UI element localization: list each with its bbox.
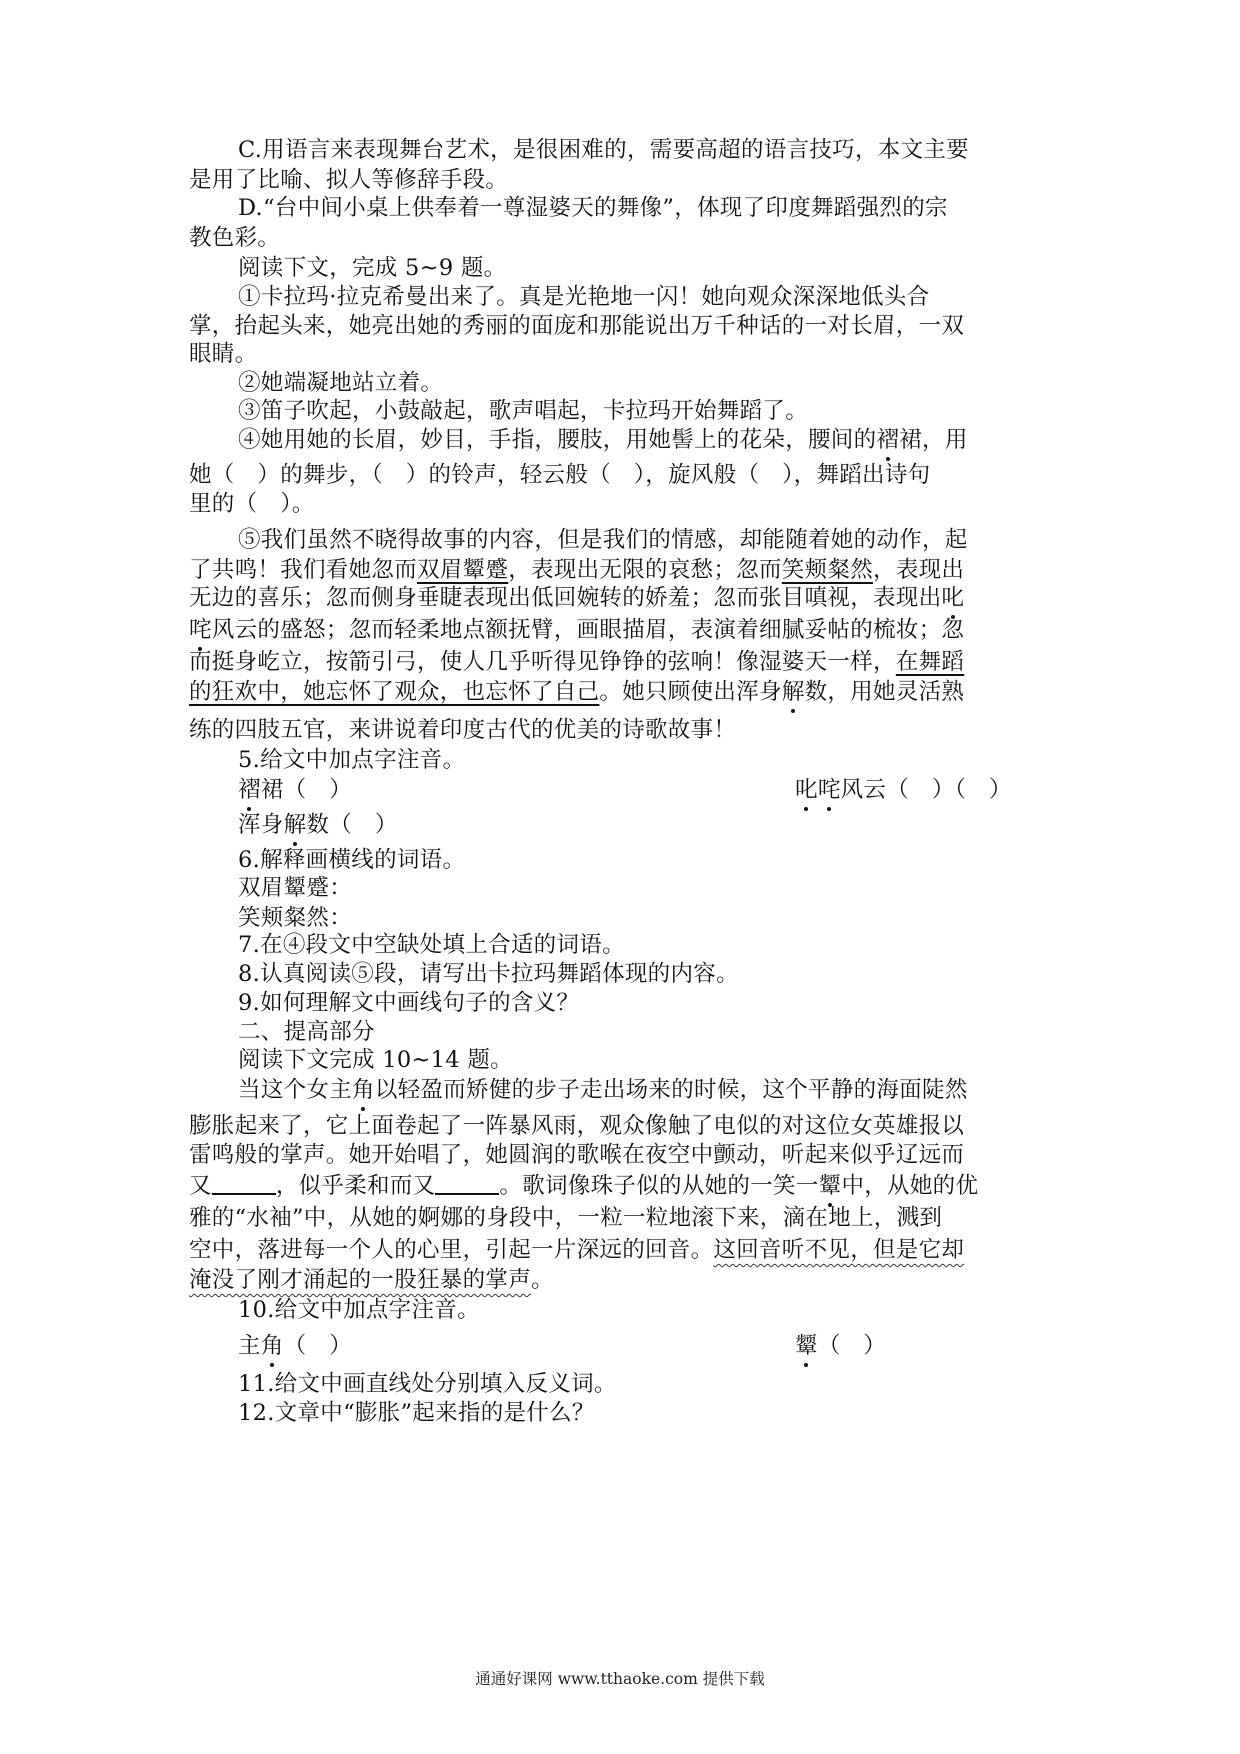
text: 风云（ ）（ ） (841, 777, 1012, 803)
question-6-item-2: 笑颊粲然： (238, 903, 352, 933)
text: ，似乎柔和而又 (276, 1173, 436, 1199)
paragraph-4-line1: ④她用她的长眉，妙目，手指，腰肢，用她髻上的花朵，腰间的褶裙，用 (238, 425, 968, 455)
paragraph-1-line2: 掌，抬起头来，她亮出她的秀丽的面庞和那能说出万千种话的一对长眉，一双 (189, 311, 964, 341)
paragraph-5-line1: ⑤我们虽然不晓得故事的内容，但是我们的情感，却能随着她的动作，起 (238, 525, 968, 555)
text: 了共鸣！我们看她忽而 (189, 557, 417, 583)
paragraph-5-line4: 咤风云的盛怒；忽而轻柔地点额抚臂，画眼描眉，表演着细腻妥帖的梳妆；忽 (189, 615, 964, 645)
paragraph-5-line5: 而挺身屹立，按箭引弓，使人几乎听得见铮铮的弦响！像湿婆天一样，在舞蹈 (189, 647, 964, 677)
wavy-underlined-sentence-start: 这回音听不见，但是它却 (713, 1237, 964, 1263)
text: 当这个女主 (238, 1077, 352, 1103)
dotted-character: 角 (261, 1333, 284, 1359)
passage-2-line6: 空中，落进每一个人的心里，引起一片深远的回音。这回音听不见，但是它却 (189, 1235, 964, 1265)
question-6: 6.解释画横线的词语。 (238, 845, 465, 875)
text: 数（ ） (306, 812, 397, 838)
fill-blank-1[interactable] (212, 1173, 276, 1195)
text: ④她用她的长眉，妙目，手指，腰肢，用她髻上的花朵，腰间的 (238, 427, 876, 453)
text: 裙，用 (899, 427, 967, 453)
text: 以轻盈而矫健的步子走出场来的时候，这个平静的海面陡然 (375, 1077, 968, 1103)
fill-blank-2[interactable] (435, 1173, 499, 1195)
dotted-character: 咤 (818, 777, 841, 803)
passage-2-line4: 又，似乎柔和而又。歌词像珠子似的从她的一笑一颦中，从她的优 (189, 1171, 978, 1201)
question-10: 10.给文中加点字注音。 (238, 1295, 480, 1325)
text: 。歌词像珠子似的从她的一笑一 (499, 1173, 818, 1199)
text: ，表现出 (873, 557, 964, 583)
document-page: C.用语言来表现舞台艺术，是很困难的，需要高超的语言技巧，本文主要 是用了比喻、… (0, 0, 1240, 1754)
wavy-underlined-sentence-end: 淹没了刚才涌起的一股狂暴的掌声 (189, 1267, 531, 1293)
question-5-item-2: 叱咤风云（ ）（ ） (795, 775, 1012, 805)
text: （ ） (284, 1333, 352, 1359)
dotted-character: 颦 (795, 1333, 818, 1359)
text: 空中，落进每一个人的心里，引起一片深远的回音。 (189, 1237, 713, 1263)
dotted-character: 褶 (238, 777, 261, 803)
text: 浑身 (238, 812, 284, 838)
dotted-character: 叱 (941, 585, 964, 611)
paragraph-3: ③笛子吹起，小鼓敲起，歌声唱起，卡拉玛开始舞蹈了。 (238, 396, 808, 426)
question-10-item-1: 主角（ ） (238, 1331, 352, 1361)
text: 风云的盛怒；忽而轻柔地点额抚臂，画眼描眉，表演着细腻妥帖的梳妆；忽 (212, 617, 964, 643)
text: 而挺身屹立，按箭引弓，使人几乎听得见铮铮的弦响！像湿婆天一样， (189, 649, 896, 675)
text: 又 (189, 1173, 212, 1199)
question-10-item-2: 颦（ ） (795, 1331, 886, 1361)
question-8: 8.认真阅读⑤段，请写出卡拉玛舞蹈体现的内容。 (238, 959, 739, 989)
question-12: 12.文章中“膨胀”起来指的是什么？ (238, 1398, 595, 1428)
reading-instruction-10-14: 阅读下文完成 10~14 题。 (238, 1045, 513, 1075)
option-d-line1: D.“台中间小桌上供奉着一尊湿婆天的舞像”，体现了印度舞蹈强烈的宗 (238, 193, 948, 223)
text: 中，从她的优 (841, 1173, 978, 1199)
dotted-character: 咤 (189, 617, 212, 643)
footer-credit: 通通好课网 www.tthaoke.com 提供下载 (0, 1667, 1240, 1689)
text: 数，用她灵活熟 (805, 679, 965, 705)
question-11: 11.给文中画直线处分别填入反义词。 (238, 1369, 617, 1399)
paragraph-1-line3: 眼睛。 (189, 339, 257, 369)
passage-2-line2: 膨胀起来了，它上面卷起了一阵暴风雨，观众像触了电似的对这位女英雄报以 (189, 1111, 964, 1141)
passage-2-line3: 雷鸣般的掌声。她开始唱了，她圆润的歌喉在夜空中颤动，听起来似乎辽远而 (189, 1140, 964, 1170)
question-7: 7.在④段文中空缺处填上合适的词语。 (238, 930, 625, 960)
text: 主 (238, 1333, 261, 1359)
text: 无边的喜乐；忽而侧身垂睫表现出低回婉转的娇羞；忽而张目嗔视，表现出 (189, 585, 941, 611)
option-c-line1: C.用语言来表现舞台艺术，是很困难的，需要高超的语言技巧，本文主要 (238, 135, 969, 165)
dotted-character: 褶 (876, 427, 899, 453)
dotted-character: 颦 (819, 1173, 842, 1199)
passage-2-line5: 雅的“水袖”中，从她的婀娜的身段中，一粒一粒地滚下来，滴在地上，溅到 (189, 1203, 942, 1233)
option-d-line2: 教色彩。 (189, 223, 280, 253)
text: 。她只顾使出浑身 (599, 679, 781, 705)
dotted-character: 角 (352, 1077, 375, 1103)
question-5-item-1: 褶裙（ ） (238, 775, 352, 805)
underlined-sentence-end: 的狂欢中，她忘怀了观众，也忘怀了自己 (189, 679, 599, 705)
paragraph-4-line3: 里的（ ）。 (189, 489, 315, 519)
underlined-term-2: 笑颊粲然 (782, 557, 873, 583)
reading-instruction-5-9: 阅读下文，完成 5~9 题。 (238, 253, 507, 283)
text: （ ） (818, 1333, 886, 1359)
paragraph-5-line6: 的狂欢中，她忘怀了观众，也忘怀了自己。她只顾使出浑身解数，用她灵活熟 (189, 677, 964, 707)
paragraph-5-line7: 练的四肢五官，来讲说着印度古代的优美的诗歌故事！ (189, 715, 736, 745)
text: ，表现出无限的哀愁；忽而 (508, 557, 782, 583)
dotted-character: 叱 (795, 777, 818, 803)
paragraph-5-line2: 了共鸣！我们看她忽而双眉颦蹙，表现出无限的哀愁；忽而笑颊粲然，表现出 (189, 555, 964, 585)
paragraph-1-line1: ①卡拉玛·拉克希曼出来了。真是光艳地一闪！她向观众深深地低头合 (238, 282, 929, 312)
paragraph-4-line2: 她（ ）的舞步，（ ）的铃声，轻云般（ ），旋风般（ ），舞蹈出诗句 (189, 460, 930, 490)
question-5: 5.给文中加点字注音。 (238, 745, 465, 775)
option-c-line2: 是用了比喻、拟人等修辞手段。 (189, 165, 508, 195)
text: 。 (531, 1267, 554, 1293)
dotted-character: 解 (782, 679, 805, 705)
text: 裙（ ） (261, 777, 352, 803)
question-5-item-3: 浑身解数（ ） (238, 810, 398, 840)
section-2-heading: 二、提高部分 (238, 1017, 375, 1047)
paragraph-2: ②她端凝地站立着。 (238, 368, 443, 398)
question-9: 9.如何理解文中画线句子的含义？ (238, 988, 579, 1018)
passage-2-line1: 当这个女主角以轻盈而矫健的步子走出场来的时候，这个平静的海面陡然 (238, 1075, 968, 1105)
underlined-sentence-start: 在舞蹈 (896, 649, 964, 675)
passage-2-line7: 淹没了刚才涌起的一股狂暴的掌声。 (189, 1265, 554, 1295)
paragraph-5-line3: 无边的喜乐；忽而侧身垂睫表现出低回婉转的娇羞；忽而张目嗔视，表现出叱 (189, 583, 964, 613)
dotted-character: 解 (284, 812, 307, 838)
underlined-term-1: 双眉颦蹙 (417, 557, 508, 583)
question-6-item-1: 双眉颦蹙： (238, 873, 352, 903)
